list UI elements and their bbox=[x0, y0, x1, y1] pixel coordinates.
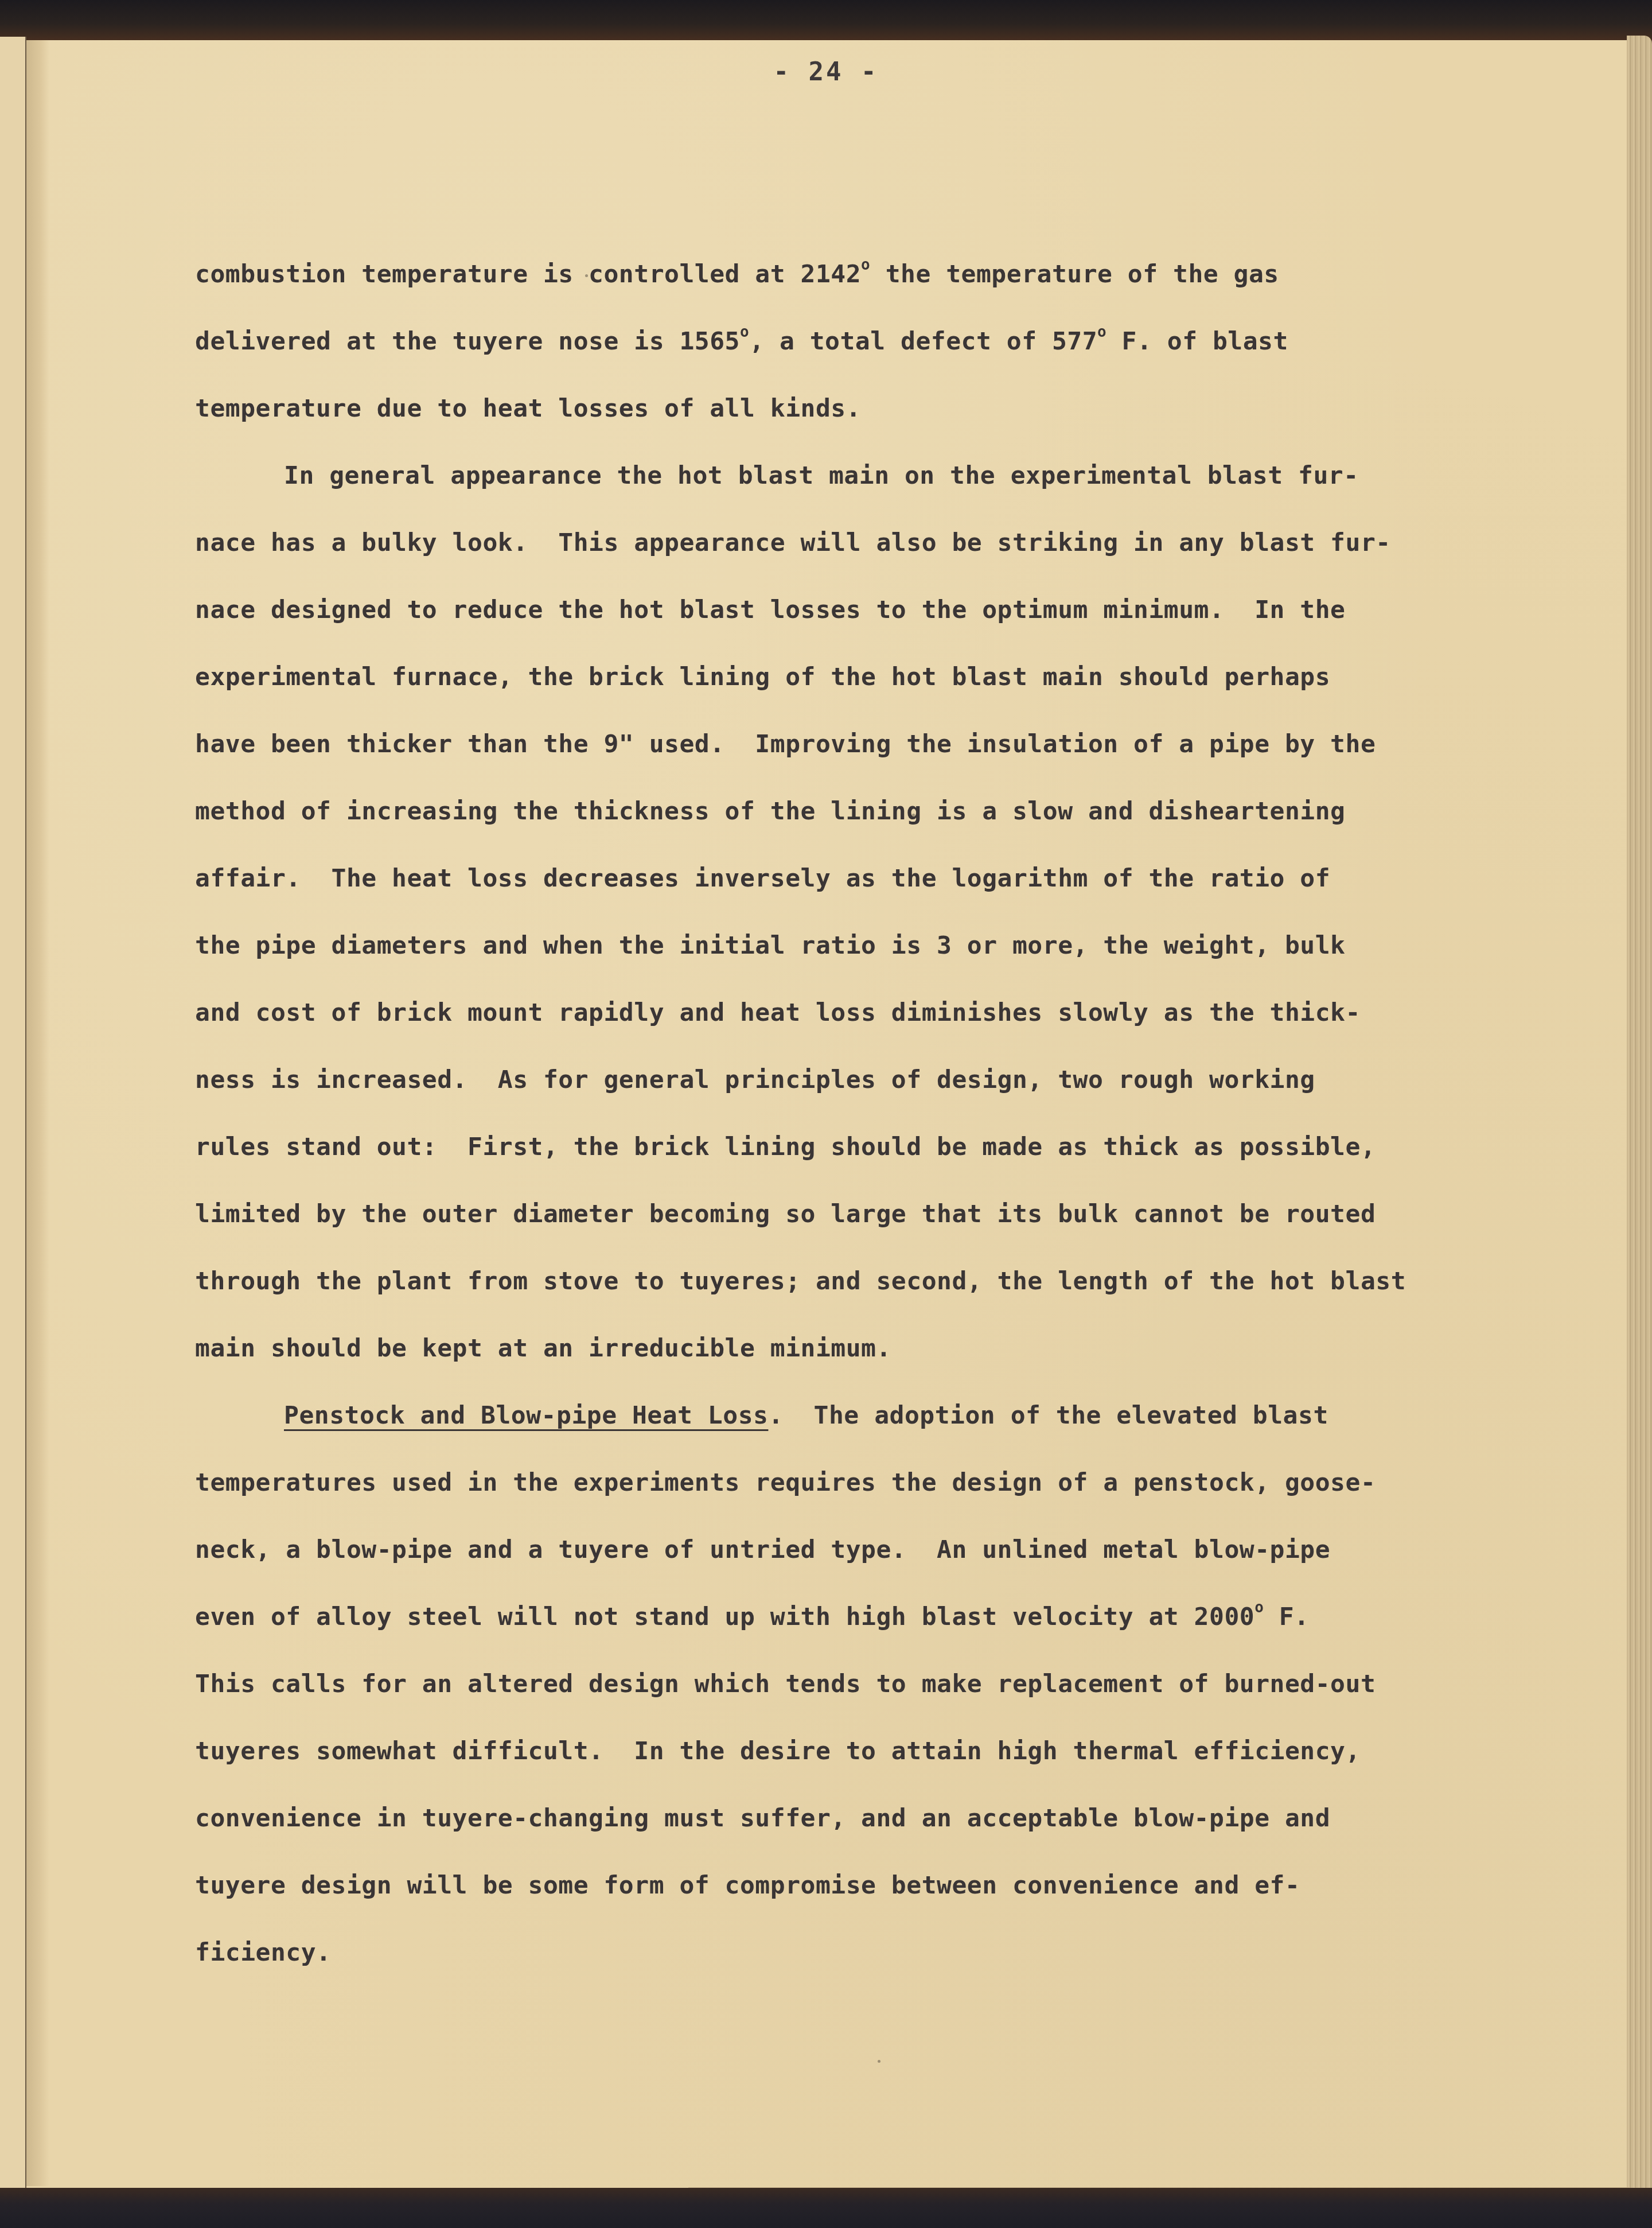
text-line: Penstock and Blow-pipe Heat Loss. The ad… bbox=[195, 1397, 1549, 1464]
text-run: , a total defect of 577 bbox=[749, 327, 1097, 356]
text-line: have been thicker than the 9" used. Impr… bbox=[195, 725, 1549, 792]
text-run: temperatures used in the experiments req… bbox=[195, 1468, 1376, 1497]
text-line: tuyere design will be some form of compr… bbox=[195, 1867, 1549, 1934]
text-line: experimental furnace, the brick lining o… bbox=[195, 658, 1549, 725]
text-run: F. bbox=[1264, 1603, 1309, 1631]
text-line: In general appearance the hot blast main… bbox=[195, 457, 1549, 524]
text-line: affair. The heat loss decreases inversel… bbox=[195, 860, 1549, 927]
text-line: convenience in tuyere-changing must suff… bbox=[195, 1799, 1549, 1867]
text-run: tuyere design will be some form of compr… bbox=[195, 1871, 1300, 1900]
text-line: rules stand out: First, the brick lining… bbox=[195, 1128, 1549, 1195]
text-run: combustion temperature is controlled at … bbox=[195, 260, 861, 289]
text-run: method of increasing the thickness of th… bbox=[195, 797, 1346, 826]
text-run: main should be kept at an irreducible mi… bbox=[195, 1334, 891, 1363]
text-run: tuyeres somewhat difficult. In the desir… bbox=[195, 1737, 1361, 1766]
text-run: limited by the outer diameter becoming s… bbox=[195, 1200, 1376, 1228]
book-cover-top bbox=[0, 0, 1652, 43]
text-run: In general appearance the hot blast main… bbox=[284, 461, 1359, 490]
text-run: and cost of brick mount rapidly and heat… bbox=[195, 998, 1361, 1027]
text-run: even of alloy steel will not stand up wi… bbox=[195, 1603, 1254, 1631]
text-run: nace designed to reduce the hot blast lo… bbox=[195, 596, 1346, 624]
text-line: delivered at the tuyere nose is 1565o, a… bbox=[195, 322, 1549, 390]
text-line: combustion temperature is controlled at … bbox=[195, 255, 1549, 322]
text-line: ness is increased. As for general princi… bbox=[195, 1061, 1549, 1128]
text-line: neck, a blow-pipe and a tuyere of untrie… bbox=[195, 1531, 1549, 1598]
text-line: temperature due to heat losses of all ki… bbox=[195, 390, 1549, 457]
text-line: nace has a bulky look. This appearance w… bbox=[195, 524, 1549, 591]
text-run: ness is increased. As for general princi… bbox=[195, 1066, 1315, 1094]
text-line: temperatures used in the experiments req… bbox=[195, 1464, 1549, 1531]
text-run: the pipe diameters and when the initial … bbox=[195, 931, 1346, 960]
text-run: experimental furnace, the brick lining o… bbox=[195, 663, 1330, 691]
text-line: nace designed to reduce the hot blast lo… bbox=[195, 591, 1549, 658]
text-run: rules stand out: First, the brick lining… bbox=[195, 1133, 1376, 1161]
book-cover-bottom bbox=[0, 2188, 1652, 2228]
paper-speck bbox=[912, 814, 915, 816]
paper-speck bbox=[878, 2060, 880, 2063]
text-line: limited by the outer diameter becoming s… bbox=[195, 1195, 1549, 1262]
text-run: affair. The heat loss decreases inversel… bbox=[195, 864, 1330, 893]
text-line: method of increasing the thickness of th… bbox=[195, 792, 1549, 860]
degree-symbol: o bbox=[1254, 1599, 1264, 1616]
text-line: This calls for an altered design which t… bbox=[195, 1665, 1549, 1732]
text-line: through the plant from stove to tuyeres;… bbox=[195, 1262, 1549, 1329]
text-run: the temperature of the gas bbox=[870, 260, 1279, 289]
body-text: combustion temperature is controlled at … bbox=[195, 255, 1549, 2001]
text-line: ficiency. bbox=[195, 1934, 1549, 2001]
text-run: convenience in tuyere-changing must suff… bbox=[195, 1804, 1330, 1833]
gutter-shadow bbox=[26, 40, 49, 2186]
text-run: ficiency. bbox=[195, 1938, 332, 1967]
text-run: This calls for an altered design which t… bbox=[195, 1670, 1376, 1698]
previous-page-edge bbox=[0, 37, 26, 2194]
text-run: nace has a bulky look. This appearance w… bbox=[195, 528, 1391, 557]
text-line: main should be kept at an irreducible mi… bbox=[195, 1329, 1549, 1397]
paper-speck bbox=[585, 274, 588, 277]
text-run: through the plant from stove to tuyeres;… bbox=[195, 1267, 1406, 1296]
degree-symbol: o bbox=[861, 256, 870, 274]
degree-symbol: o bbox=[1097, 324, 1106, 341]
text-line: even of alloy steel will not stand up wi… bbox=[195, 1598, 1549, 1665]
text-run: delivered at the tuyere nose is 1565 bbox=[195, 327, 740, 356]
text-line: tuyeres somewhat difficult. In the desir… bbox=[195, 1732, 1549, 1799]
text-run: F. of blast bbox=[1106, 327, 1288, 356]
text-run: have been thicker than the 9" used. Impr… bbox=[195, 730, 1376, 759]
degree-symbol: o bbox=[740, 324, 749, 341]
page-stack-edge-right bbox=[1627, 36, 1652, 2202]
text-line: the pipe diameters and when the initial … bbox=[195, 927, 1549, 994]
text-run: neck, a blow-pipe and a tuyere of untrie… bbox=[195, 1535, 1330, 1564]
text-line: and cost of brick mount rapidly and heat… bbox=[195, 994, 1549, 1061]
text-run: temperature due to heat losses of all ki… bbox=[195, 394, 861, 423]
section-heading: Penstock and Blow-pipe Heat Loss bbox=[284, 1401, 768, 1430]
text-run: . The adoption of the elevated blast bbox=[768, 1401, 1328, 1430]
page-number: - 24 - bbox=[0, 57, 1652, 87]
